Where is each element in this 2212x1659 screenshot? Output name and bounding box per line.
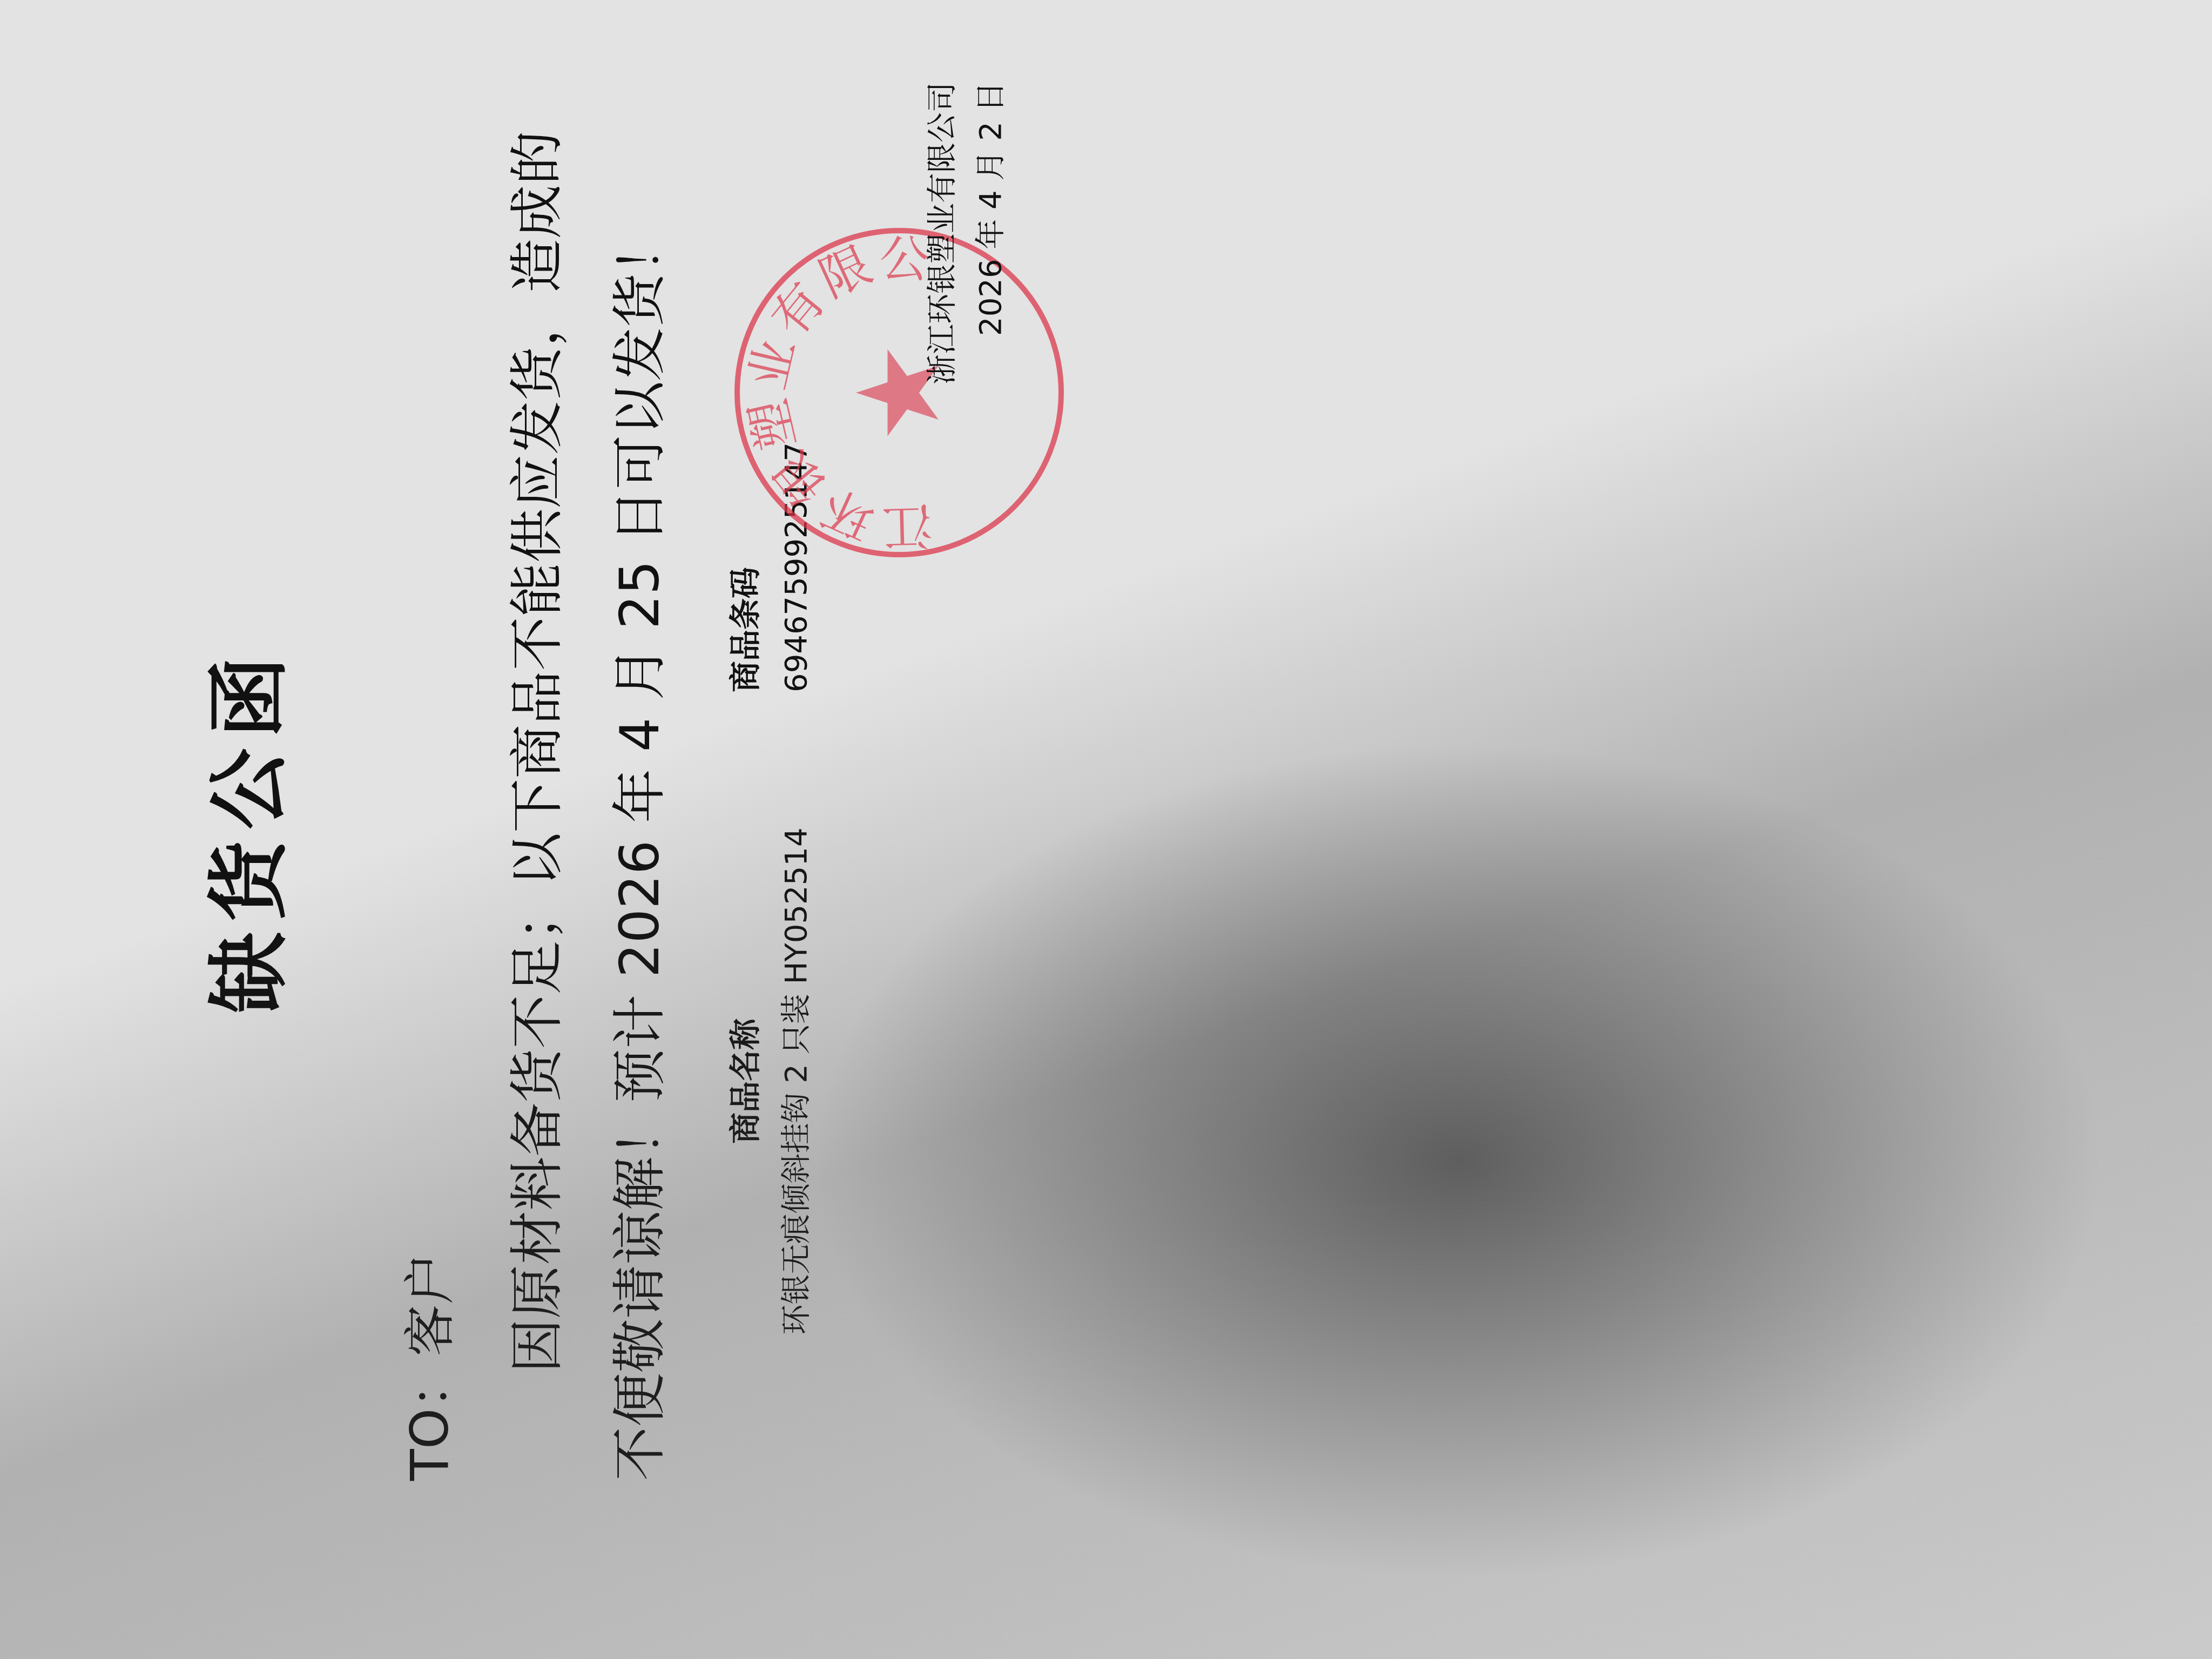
document-body: 因原材料备货不足；以下商品不能供应发货，造成的不便敬请谅解！预计 2026 年 … bbox=[486, 131, 691, 1481]
signature-block: 浙江环银塑业有限公司 2026 年 4 月 2 日 bbox=[918, 6, 1015, 385]
product-name-cell: 环银无痕倾斜挂钩 2 只装 HY052514 bbox=[772, 757, 821, 1405]
column-header-name: 商品名称 bbox=[718, 757, 772, 1405]
recipient-line: TO：客户 bbox=[389, 1253, 463, 1481]
product-name-column: 商品名称 环银无痕倾斜挂钩 2 只装 HY052514 bbox=[718, 757, 821, 1405]
signature-company: 浙江环银塑业有限公司 bbox=[918, 6, 967, 385]
document-page: 缺货公函 TO：客户 因原材料备货不足；以下商品不能供应发货，造成的不便敬请谅解… bbox=[0, 0, 2212, 1659]
signature-date: 2026 年 4 月 2 日 bbox=[967, 6, 1015, 385]
document-title: 缺货公函 bbox=[184, 0, 300, 1659]
photo-background: 缺货公函 TO：客户 因原材料备货不足；以下商品不能供应发货，造成的不便敬请谅解… bbox=[0, 0, 2212, 1659]
